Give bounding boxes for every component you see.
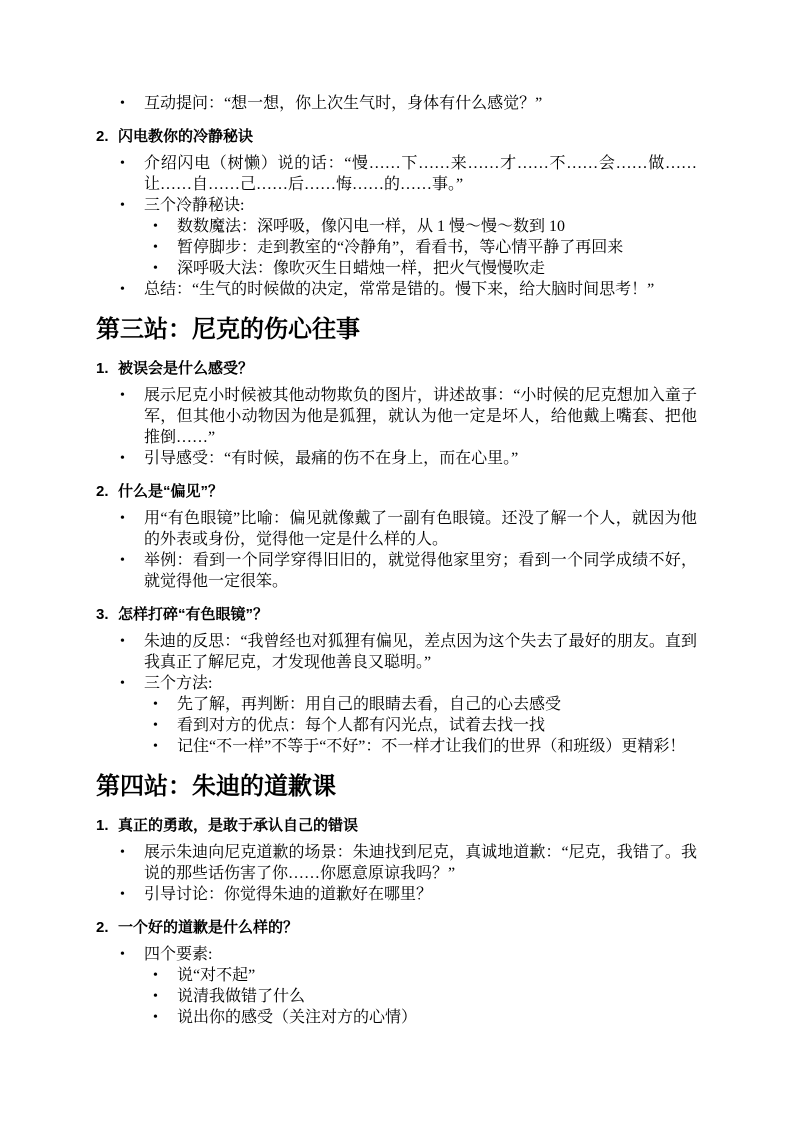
numbered-heading: 3. 怎样打碎“有色眼镜”？ <box>96 604 697 625</box>
numbered-heading-text: 真正的勇敢，是敢于承认自己的错误 <box>118 817 358 834</box>
sub-list-item: 说出你的感受（关注对方的心情） <box>96 1007 697 1028</box>
list-item: 朱迪的反思：“我曾经也对狐狸有偏见，差点因为这个失去了最好的朋友。直到我真正了解… <box>96 631 697 673</box>
bullet-icon <box>120 153 125 174</box>
sub-list-item: 数数魔法：深呼吸，像闪电一样，从 1 慢～慢～数到 10 <box>96 216 697 237</box>
sub-list-item-text: 暂停脚步：走到教室的“冷静角”，看看书，等心情平静了再回来 <box>177 239 623 256</box>
bullet-icon <box>153 965 158 986</box>
section-heading-station3: 第三站：尼克的伤心往事 <box>96 314 697 346</box>
list-item: 引导感受：“有时候，最痛的伤不在身上，而在心里。” <box>96 448 697 469</box>
bullet-icon <box>153 986 158 1007</box>
sub-list-item-text: 说“对不起” <box>177 967 255 984</box>
list-item: 四个要素: <box>96 944 697 965</box>
list-item-text: 引导感受：“有时候，最痛的伤不在身上，而在心里。” <box>144 450 518 467</box>
bullet-icon <box>120 631 125 652</box>
list-item-text: 用“有色眼镜”比喻：偏见就像戴了一副有色眼镜。还没了解一个人，就因为他的外表或身… <box>144 510 697 548</box>
list-item-text: 互动提问：“想一想，你上次生气时，身体有什么感觉？” <box>144 95 542 112</box>
sub-list-item: 说清我做错了什么 <box>96 986 697 1007</box>
numbered-heading-text: 被误会是什么感受？ <box>118 360 253 377</box>
list-item: 用“有色眼镜”比喻：偏见就像戴了一副有色眼镜。还没了解一个人，就因为他的外表或身… <box>96 508 697 550</box>
list-item-text: 四个要素: <box>144 946 212 963</box>
numbered-heading-number: 2. <box>96 917 109 938</box>
bullet-icon <box>153 715 158 736</box>
sub-list-item-text: 记住“不一样”不等于“不好”：不一样才让我们的世界（和班级）更精彩！ <box>177 738 685 755</box>
sub-list-item-text: 深呼吸大法：像吹灭生日蜡烛一样，把火气慢慢吹走 <box>177 260 545 277</box>
numbered-heading-text: 闪电教你的冷静秘诀 <box>118 128 253 145</box>
numbered-heading-text: 什么是“偏见”？ <box>118 483 223 500</box>
list-item-text: 引导讨论：你觉得朱迪的道歉好在哪里？ <box>144 886 432 903</box>
sub-list-item-text: 说出你的感受（关注对方的心情） <box>177 1009 417 1026</box>
list-item: 展示朱迪向尼克道歉的场景：朱迪找到尼克，真诚地道歉：“尼克，我错了。我说的那些话… <box>96 842 697 884</box>
list-item: 展示尼克小时候被其他动物欺负的图片，讲述故事：“小时候的尼克想加入童子军，但其他… <box>96 385 697 448</box>
bullet-icon <box>120 508 125 529</box>
list-item-text: 朱迪的反思：“我曾经也对狐狸有偏见，差点因为这个失去了最好的朋友。直到我真正了解… <box>144 633 697 671</box>
bullet-icon <box>120 842 125 863</box>
bullet-icon <box>153 237 158 258</box>
bullet-icon <box>120 673 125 694</box>
bullet-icon <box>120 550 125 571</box>
sub-list-item-text: 说清我做错了什么 <box>177 988 305 1005</box>
list-item: 总结：“生气的时候做的决定，常常是错的。慢下来，给大脑时间思考！” <box>96 279 697 300</box>
list-item: 三个方法: <box>96 673 697 694</box>
bullet-icon <box>153 1007 158 1028</box>
numbered-heading: 2. 什么是“偏见”？ <box>96 481 697 502</box>
list-item: 引导讨论：你觉得朱迪的道歉好在哪里？ <box>96 884 697 905</box>
list-item-text: 介绍闪电（树懒）说的话：“慢……下……来……才……不……会……做……让……自……… <box>144 155 697 193</box>
list-item: 互动提问：“想一想，你上次生气时，身体有什么感觉？” <box>96 93 697 114</box>
list-item: 介绍闪电（树懒）说的话：“慢……下……来……才……不……会……做……让……自……… <box>96 153 697 195</box>
bullet-icon <box>120 279 125 300</box>
bullet-icon <box>120 195 125 216</box>
bullet-icon <box>120 944 125 965</box>
bullet-icon <box>120 93 125 114</box>
bullet-icon <box>120 385 125 406</box>
list-item-text: 展示朱迪向尼克道歉的场景：朱迪找到尼克，真诚地道歉：“尼克，我错了。我说的那些话… <box>144 844 697 882</box>
document-page: 互动提问：“想一想，你上次生气时，身体有什么感觉？” 2. 闪电教你的冷静秘诀 … <box>0 0 793 1122</box>
list-item: 三个冷静秘诀: <box>96 195 697 216</box>
sub-list-item-text: 先了解，再判断：用自己的眼睛去看，自己的心去感受 <box>177 696 561 713</box>
section-heading-station4: 第四站：朱迪的道歉课 <box>96 771 697 803</box>
numbered-heading: 1. 被误会是什么感受？ <box>96 358 697 379</box>
numbered-heading-number: 2. <box>96 481 109 502</box>
sub-list-item: 深呼吸大法：像吹灭生日蜡烛一样，把火气慢慢吹走 <box>96 258 697 279</box>
bullet-icon <box>153 216 158 237</box>
bullet-icon <box>153 258 158 279</box>
list-item-text: 举例：看到一个同学穿得旧旧的，就觉得他家里穷；看到一个同学成绩不好，就觉得他一定… <box>144 552 697 590</box>
sub-list-item-text: 数数魔法：深呼吸，像闪电一样，从 1 慢～慢～数到 10 <box>177 218 565 235</box>
sub-list-item: 记住“不一样”不等于“不好”：不一样才让我们的世界（和班级）更精彩！ <box>96 736 697 757</box>
numbered-heading: 1. 真正的勇敢，是敢于承认自己的错误 <box>96 815 697 836</box>
numbered-heading-number: 3. <box>96 604 109 625</box>
list-item-text: 三个方法: <box>144 675 212 692</box>
sub-list-item: 先了解，再判断：用自己的眼睛去看，自己的心去感受 <box>96 694 697 715</box>
bullet-icon <box>120 448 125 469</box>
bullet-icon <box>153 694 158 715</box>
list-item-text: 总结：“生气的时候做的决定，常常是错的。慢下来，给大脑时间思考！” <box>144 281 654 298</box>
numbered-heading: 2. 闪电教你的冷静秘诀 <box>96 126 697 147</box>
list-item: 举例：看到一个同学穿得旧旧的，就觉得他家里穷；看到一个同学成绩不好，就觉得他一定… <box>96 550 697 592</box>
numbered-heading: 2. 一个好的道歉是什么样的？ <box>96 917 697 938</box>
numbered-heading-number: 1. <box>96 815 109 836</box>
sub-list-item: 说“对不起” <box>96 965 697 986</box>
sub-list-item: 看到对方的优点：每个人都有闪光点，试着去找一找 <box>96 715 697 736</box>
numbered-heading-number: 2. <box>96 126 109 147</box>
sub-list-item-text: 看到对方的优点：每个人都有闪光点，试着去找一找 <box>177 717 545 734</box>
bullet-icon <box>120 884 125 905</box>
list-item-text: 展示尼克小时候被其他动物欺负的图片，讲述故事：“小时候的尼克想加入童子军，但其他… <box>144 387 697 446</box>
list-item-text: 三个冷静秘诀: <box>144 197 244 214</box>
sub-list-item: 暂停脚步：走到教室的“冷静角”，看看书，等心情平静了再回来 <box>96 237 697 258</box>
numbered-heading-number: 1. <box>96 358 109 379</box>
numbered-heading-text: 一个好的道歉是什么样的？ <box>118 919 298 936</box>
numbered-heading-text: 怎样打碎“有色眼镜”？ <box>118 606 268 623</box>
bullet-icon <box>153 736 158 757</box>
